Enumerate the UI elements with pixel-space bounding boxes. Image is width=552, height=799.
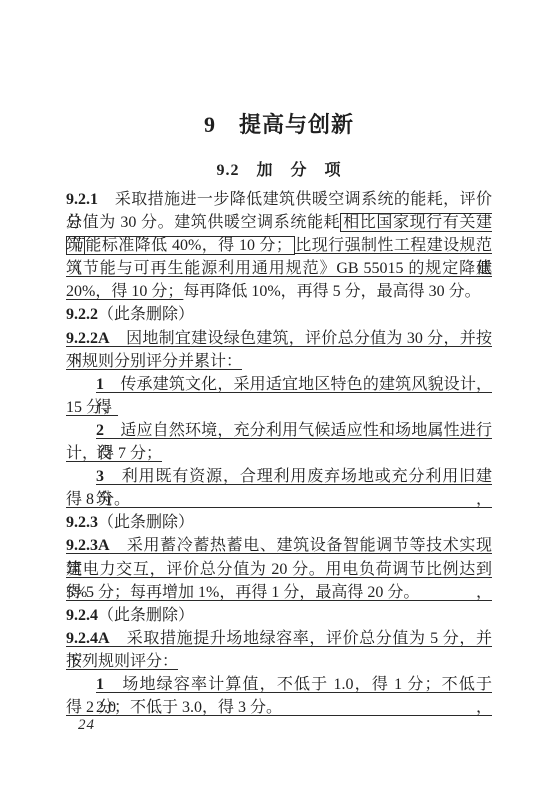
clause-number: 2 xyxy=(96,422,104,439)
inserted-underlined-text: 列规则分别评分并累计： xyxy=(66,353,242,370)
text-line: 筑电力交互，评价总分值为 20 分。用电负荷调节比例达到 5%， xyxy=(66,558,492,581)
text-line: 节能标准降低 40%，得 10 分；比现行强制性工程建设规范《建 xyxy=(66,234,492,257)
body-text: 每再降低 10%，再得 5 分，最高得 30 分。 xyxy=(183,283,480,300)
text-line: 9.2.2（此条删除） xyxy=(66,303,492,326)
clause-number: 9.2.3A xyxy=(66,537,110,554)
clause-number: 9.2.4A xyxy=(66,630,110,647)
text-line: 1 场地绿容率计算值，不低于 1.0，得 1 分；不低于 2.0， xyxy=(66,673,492,696)
body-text: 分值为 30 分。建筑供暖空调系统能耗 xyxy=(66,214,340,231)
clause-number: 9.2.3 xyxy=(66,514,98,531)
clause-number: 9.2.4 xyxy=(66,607,98,624)
text-line: 下列规则评分： xyxy=(66,650,492,673)
clause-number: 1 xyxy=(96,676,104,693)
inserted-underlined-text: 得 8 分。 xyxy=(66,491,130,508)
inserted-underlined-text: 计，得 7 分； xyxy=(66,445,162,462)
text-line: 9.2.4A 采取措施提升场地绿容率，评价总分值为 5 分，并按 xyxy=(66,627,492,650)
inserted-underlined-text: 得 2 分；不低于 3.0，得 3 分。 xyxy=(66,699,282,716)
body-text: （此条删除） xyxy=(98,514,194,531)
text-line: 筑节能与可再生能源利用通用规范》GB 55015 的规定降低 xyxy=(66,257,492,280)
clause-number: 3 xyxy=(96,468,104,485)
document-body: 9.2.1 采取措施进一步降低建筑供暖空调系统的能耗，评价总分值为 30 分。建… xyxy=(66,188,492,719)
text-line: 9.2.3（此条删除） xyxy=(66,511,492,534)
clause-number: 9.2.2 xyxy=(66,306,98,323)
clause-number: 1 xyxy=(96,376,104,393)
inserted-underlined-text: 得 5 分；每再增加 1%，再得 1 分，最高得 20 分。 xyxy=(66,584,419,601)
inserted-underlined-text: 15 分； xyxy=(66,399,118,416)
text-line: 9.2.4（此条删除） xyxy=(66,604,492,627)
boxed-deleted-text: 节能标准降低 40%，得 10 分； xyxy=(66,236,295,255)
text-line: 1 传承建筑文化，采用适宜地区特色的建筑风貌设计，得 xyxy=(66,373,492,396)
chapter-title: 9 提高与创新 xyxy=(66,108,492,139)
clause-number: 9.2.2A xyxy=(66,330,110,347)
text-line: 9.2.3A 采用蓄冷蓄热蓄电、建筑设备智能调节等技术实现建 xyxy=(66,534,492,557)
inserted-underlined-text: 下列规则评分： xyxy=(66,653,178,670)
text-line: 3 利用既有资源，合理利用废弃场地或充分利用旧建筑， xyxy=(66,465,492,488)
text-line: 2 适应自然环境，充分利用气候适应性和场地属性进行设 xyxy=(66,419,492,442)
body-text: （此条删除） xyxy=(98,607,194,624)
text-line: 20%，得 10 分；每再降低 10%，再得 5 分，最高得 30 分。 xyxy=(66,280,492,303)
page-number: 24 xyxy=(78,717,95,734)
inserted-underlined-text: 筑节能与可再生能源利用通用规范》GB 55015 的规定降低 xyxy=(66,260,492,277)
clause-number: 9.2.1 xyxy=(66,191,98,208)
body-text: （此条删除） xyxy=(98,306,194,323)
text-line: 列规则分别评分并累计： xyxy=(66,350,492,373)
text-line: 分值为 30 分。建筑供暖空调系统能耗相比国家现行有关建筑 xyxy=(66,211,492,234)
document-page: 9 提高与创新 9.2 加 分 项 9.2.1 采取措施进一步降低建筑供暖空调系… xyxy=(0,0,552,799)
text-line: 计，得 7 分； xyxy=(66,442,492,465)
text-line: 9.2.2A 因地制宜建设绿色建筑，评价总分值为 30 分，并按下 xyxy=(66,327,492,350)
inserted-underlined-text: 利用既有资源，合理利用废弃场地或充分利用旧建筑， xyxy=(96,468,492,508)
section-title: 9.2 加 分 项 xyxy=(66,157,492,180)
text-line: 15 分； xyxy=(66,396,492,419)
text-line: 9.2.1 采取措施进一步降低建筑供暖空调系统的能耗，评价总 xyxy=(66,188,492,211)
inserted-underlined-text: 20%，得 10 分； xyxy=(66,283,183,300)
